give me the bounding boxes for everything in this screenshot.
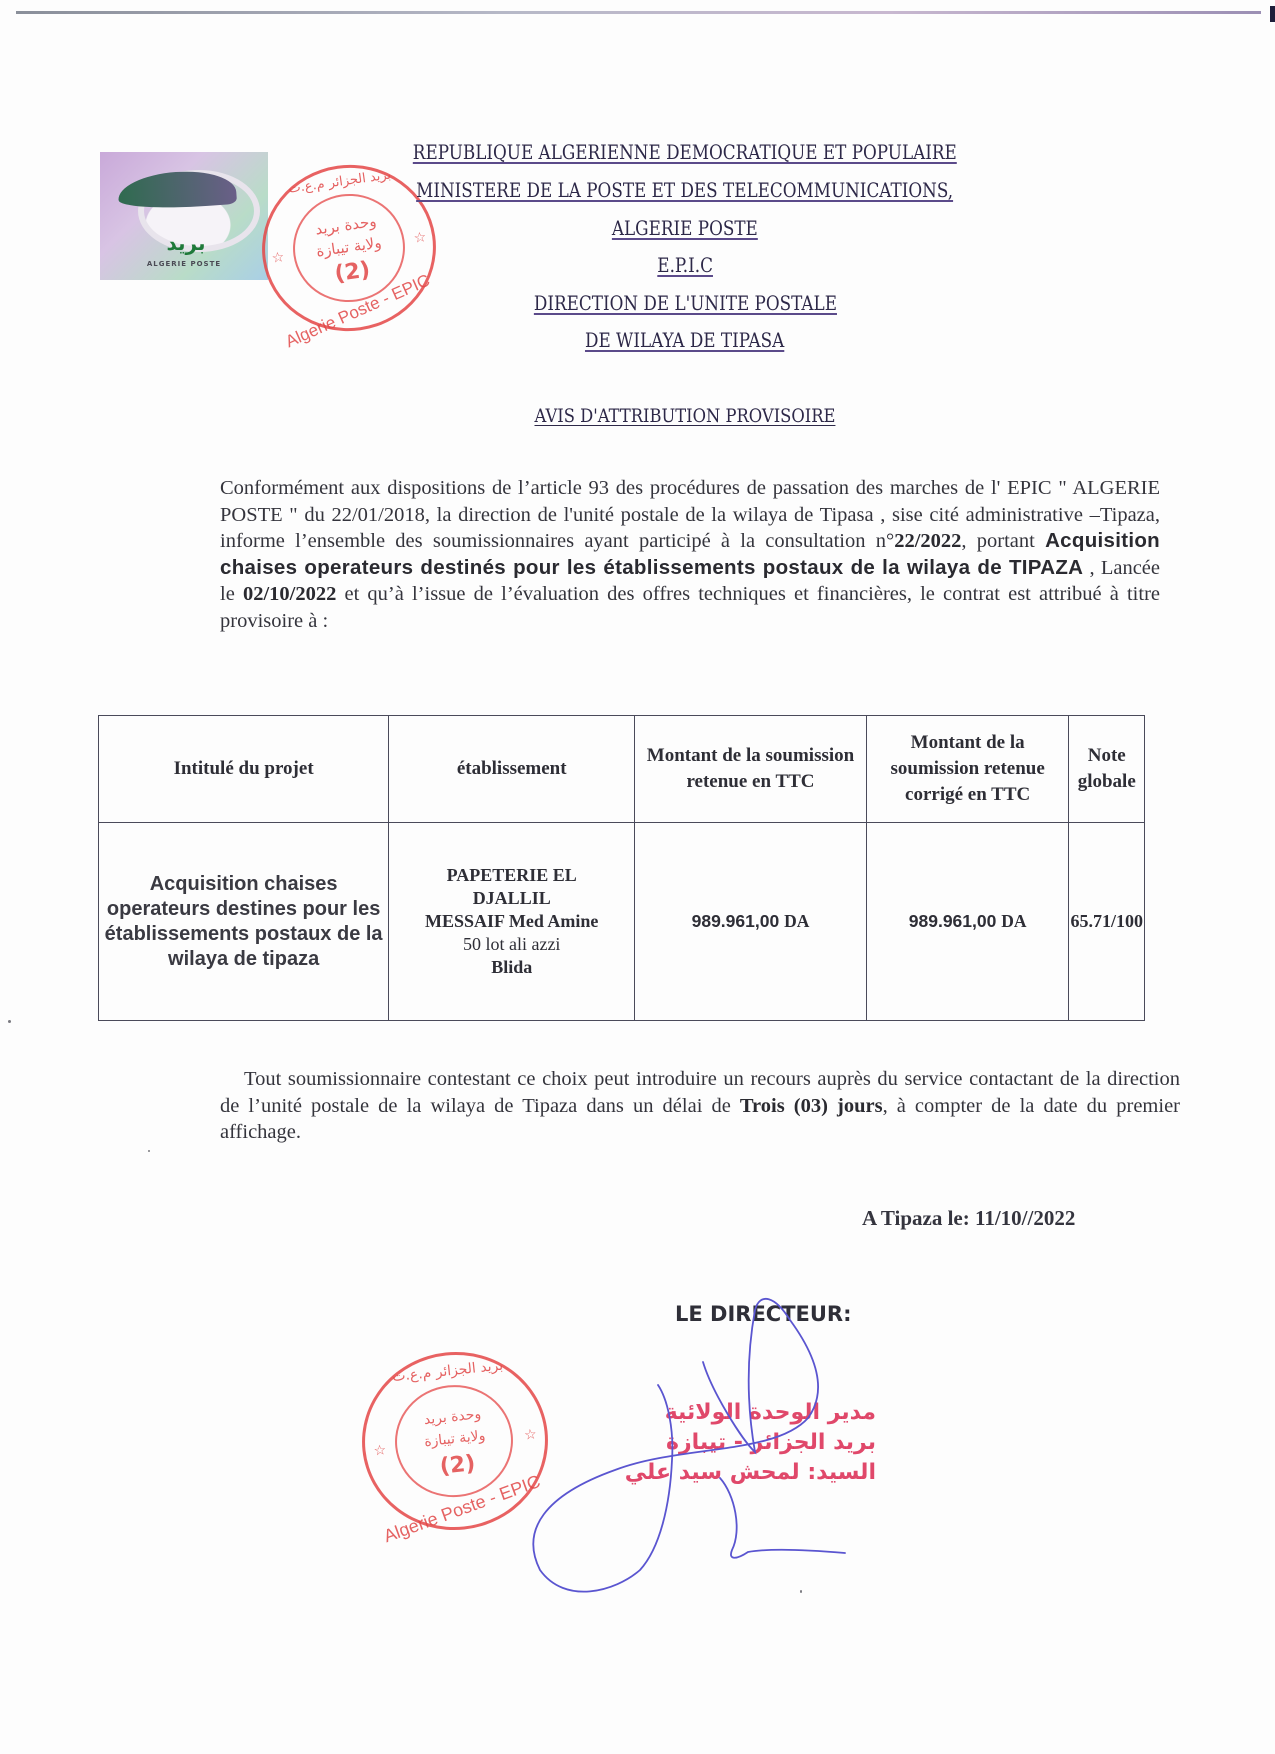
intro-text: , portant <box>961 530 1045 552</box>
scan-speck <box>800 1590 802 1593</box>
establishment-line: Blida <box>390 956 633 979</box>
amount-value: 989.961,00 <box>692 911 780 931</box>
col-header-establishment: établissement <box>389 716 635 823</box>
launch-date: 02/10/2022 <box>243 583 336 605</box>
intro-paragraph: Conformément aux dispositions de l’artic… <box>220 475 1160 635</box>
document-title: AVIS D'ATTRIBUTION PROVISOIRE <box>400 405 970 427</box>
cell-amount: 989.961,00 DA <box>635 823 867 1021</box>
stamp-outer-arabic: بريد الجزائر م.ع.ت <box>357 1354 538 1389</box>
cell-score: 65.71/100 <box>1069 823 1145 1021</box>
appeal-paragraph: Tout soumissionnaire contestant ce choix… <box>220 1066 1180 1146</box>
table-header-row: Intitulé du projet établissement Montant… <box>99 716 1145 823</box>
scan-speck <box>8 1020 11 1023</box>
establishment-line: MESSAIF Med Amine <box>390 910 633 933</box>
establishment-line: DJALLIL <box>390 887 633 910</box>
intro-text: et qu’à l’issue de l’évaluation des offr… <box>220 583 1160 632</box>
table-row: Acquisition chaises operateurs destines … <box>99 823 1145 1021</box>
col-header-amount: Montant de la soumission retenue en TTC <box>635 716 867 823</box>
amount-corrected-value: 989.961,00 <box>909 911 997 931</box>
letterhead-line-epic: E.P.I.C <box>250 253 1120 277</box>
cell-amount-corrected: 989.961,00 DA <box>866 823 1069 1021</box>
official-stamp-signature: بريد الجزائر م.ع.ت وحدة بريد ولاية تيباز… <box>353 1343 557 1539</box>
amount-currency: DA <box>784 911 809 931</box>
signatory-name-stamp: مدير الوحدة الولائية بريد الجزائر - تيبا… <box>604 1398 876 1488</box>
amount-corrected-currency: DA <box>1001 911 1026 931</box>
algerie-poste-logo: بريد ALGERIE POSTE <box>100 152 268 280</box>
appeal-deadline: Trois (03) jours <box>740 1095 883 1117</box>
place-and-date: A Tipaza le: 11/10//2022 <box>862 1206 1075 1231</box>
star-icon: ☆ <box>523 1426 537 1444</box>
signatory-stamp-line: السيد: لمحش سيد علي <box>604 1458 876 1488</box>
establishment-line: 50 lot ali azzi <box>390 933 633 956</box>
col-header-project: Intitulé du projet <box>99 716 389 823</box>
letterhead-line-company: ALGERIE POSTE <box>250 216 1120 240</box>
col-header-score: Note globale <box>1069 716 1145 823</box>
logo-arabic-wordmark: بريد <box>146 234 226 252</box>
establishment-line: PAPETERIE EL <box>390 864 633 887</box>
scan-top-border <box>16 11 1261 14</box>
signatory-stamp-line: بريد الجزائر - تيبازة <box>604 1428 876 1458</box>
col-header-amount-corrected: Montant de la soumission retenue corrigé… <box>866 716 1069 823</box>
letterhead-line-republic: REPUBLIQUE ALGERIENNE DEMOCRATIQUE ET PO… <box>250 140 1120 164</box>
logo-caption: ALGERIE POSTE <box>100 260 268 268</box>
signatory-stamp-line: مدير الوحدة الولائية <box>604 1398 876 1428</box>
cell-establishment: PAPETERIE EL DJALLIL MESSAIF Med Amine 5… <box>389 823 635 1021</box>
letterhead-line-ministry: MINISTERE DE LA POSTE ET DES TELECOMMUNI… <box>250 178 1120 202</box>
cell-project: Acquisition chaises operateurs destines … <box>99 823 389 1021</box>
scan-corner-mark <box>1270 6 1275 22</box>
award-table: Intitulé du projet établissement Montant… <box>98 715 1145 1021</box>
scan-speck <box>148 1150 150 1152</box>
star-icon: ☆ <box>373 1442 387 1460</box>
letterhead-line-wilaya: DE WILAYA DE TIPASA <box>250 328 1120 352</box>
signatory-title: LE DIRECTEUR: <box>675 1302 852 1326</box>
consultation-number: 22/2022 <box>894 530 961 552</box>
letterhead-line-direction: DIRECTION DE L'UNITE POSTALE <box>250 291 1120 315</box>
